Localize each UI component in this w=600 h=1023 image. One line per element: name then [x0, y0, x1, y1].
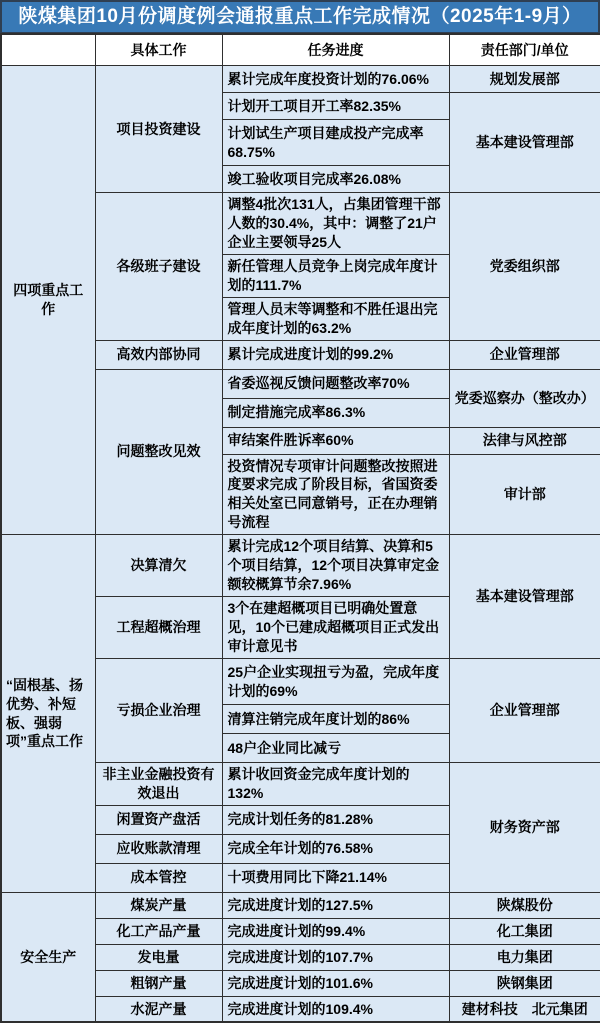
table-row: 四项重点工作 项目投资建设 累计完成年度投资计划的76.06% 规划发展部 [1, 66, 600, 93]
dept-cell: 建材科技 北元集团 [449, 996, 600, 1022]
report-table: 具体工作 任务进度 责任部门/单位 四项重点工作 项目投资建设 累计完成年度投资… [0, 33, 600, 1023]
work-cell: 项目投资建设 [95, 66, 222, 193]
group-cell: 安全生产 [1, 892, 95, 1022]
dept-cell: 财务资产部 [449, 763, 600, 893]
progress-cell: 25户企业实现扭亏为盈，完成年度计划的69% [222, 659, 449, 705]
progress-cell: 审结案件胜诉率60% [222, 427, 449, 454]
table-row: “固根基、扬优势、补短板、强弱项”重点工作 决算清欠 累计完成12个项目结算、决… [1, 535, 600, 597]
progress-cell: 完成全年计划的76.58% [222, 834, 449, 863]
header-dept: 责任部门/单位 [449, 34, 600, 66]
table-row: 安全生产 煤炭产量 完成进度计划的127.5% 陕煤股份 [1, 892, 600, 918]
dept-cell: 审计部 [449, 454, 600, 535]
progress-cell: 完成进度计划的109.4% [222, 996, 449, 1022]
work-cell: 决算清欠 [95, 535, 222, 597]
work-cell: 各级班子建设 [95, 193, 222, 341]
dept-cell: 法律与风控部 [449, 427, 600, 454]
header-progress: 任务进度 [222, 34, 449, 66]
page-title: 陕煤集团10月份调度例会通报重点工作完成情况（2025年1-9月） [0, 0, 600, 33]
progress-cell: 完成进度计划的107.7% [222, 944, 449, 970]
progress-cell: 计划开工项目开工率82.35% [222, 93, 449, 120]
work-cell: 闲置资产盘活 [95, 805, 222, 834]
dept-cell: 规划发展部 [449, 66, 600, 93]
progress-cell: 投资情况专项审计问题整改按照进度要求完成了阶段目标，省国资委相关处室已同意销号，… [222, 454, 449, 535]
progress-cell: 管理人员末等调整和不胜任退出完成年度计划的63.2% [222, 297, 449, 340]
progress-cell: 3个在建超概项目已明确处置意见，10个已建成超概项目正式发出审计意见书 [222, 597, 449, 659]
dept-cell: 党委组织部 [449, 193, 600, 341]
dept-cell: 陕钢集团 [449, 970, 600, 996]
progress-cell: 48户企业同比减亏 [222, 734, 449, 763]
progress-cell: 累计完成进度计划的99.2% [222, 340, 449, 369]
work-cell: 化工产品产量 [95, 918, 222, 944]
work-cell: 高效内部协同 [95, 340, 222, 369]
progress-cell: 竣工验收项目完成率26.08% [222, 166, 449, 193]
work-cell: 亏损企业治理 [95, 659, 222, 763]
progress-cell: 十项费用同比下降21.14% [222, 863, 449, 892]
work-cell: 非主业金融投资有效退出 [95, 763, 222, 806]
work-cell: 成本管控 [95, 863, 222, 892]
dept-cell: 基本建设管理部 [449, 93, 600, 193]
progress-cell: 完成计划任务的81.28% [222, 805, 449, 834]
progress-cell: 计划试生产项目建成投产完成率68.75% [222, 120, 449, 166]
group-cell: 四项重点工作 [1, 66, 95, 535]
work-cell: 问题整改见效 [95, 369, 222, 535]
dept-cell: 陕煤股份 [449, 892, 600, 918]
work-cell: 发电量 [95, 944, 222, 970]
progress-cell: 累计收回资金完成年度计划的132% [222, 763, 449, 806]
dept-cell: 化工集团 [449, 918, 600, 944]
header-row: 具体工作 任务进度 责任部门/单位 [1, 34, 600, 66]
progress-cell: 累计完成12个项目结算、决算和5个项目结算，12个项目决算审定金额较概算节余7.… [222, 535, 449, 597]
dept-cell: 企业管理部 [449, 659, 600, 763]
header-corner-cell [1, 34, 95, 66]
report-page: 陕煤集团10月份调度例会通报重点工作完成情况（2025年1-9月） 具体工作 任… [0, 0, 600, 1023]
progress-cell: 省委巡视反馈问题整改率70% [222, 369, 449, 398]
progress-cell: 完成进度计划的99.4% [222, 918, 449, 944]
work-cell: 应收账款清理 [95, 834, 222, 863]
progress-cell: 清算注销完成年度计划的86% [222, 705, 449, 734]
progress-cell: 完成进度计划的127.5% [222, 892, 449, 918]
header-work: 具体工作 [95, 34, 222, 66]
dept-cell: 党委巡察办（整改办） [449, 369, 600, 427]
work-cell: 工程超概治理 [95, 597, 222, 659]
group-cell: “固根基、扬优势、补短板、强弱项”重点工作 [1, 535, 95, 893]
dept-cell: 企业管理部 [449, 340, 600, 369]
progress-cell: 累计完成年度投资计划的76.06% [222, 66, 449, 93]
dept-cell: 基本建设管理部 [449, 535, 600, 659]
work-cell: 煤炭产量 [95, 892, 222, 918]
progress-cell: 完成进度计划的101.6% [222, 970, 449, 996]
dept-cell: 电力集团 [449, 944, 600, 970]
progress-cell: 调整4批次131人，占集团管理干部人数的30.4%，其中：调整了21户企业主要领… [222, 193, 449, 255]
progress-cell: 制定措施完成率86.3% [222, 398, 449, 427]
work-cell: 粗钢产量 [95, 970, 222, 996]
work-cell: 水泥产量 [95, 996, 222, 1022]
progress-cell: 新任管理人员竞争上岗完成年度计划的111.7% [222, 255, 449, 298]
